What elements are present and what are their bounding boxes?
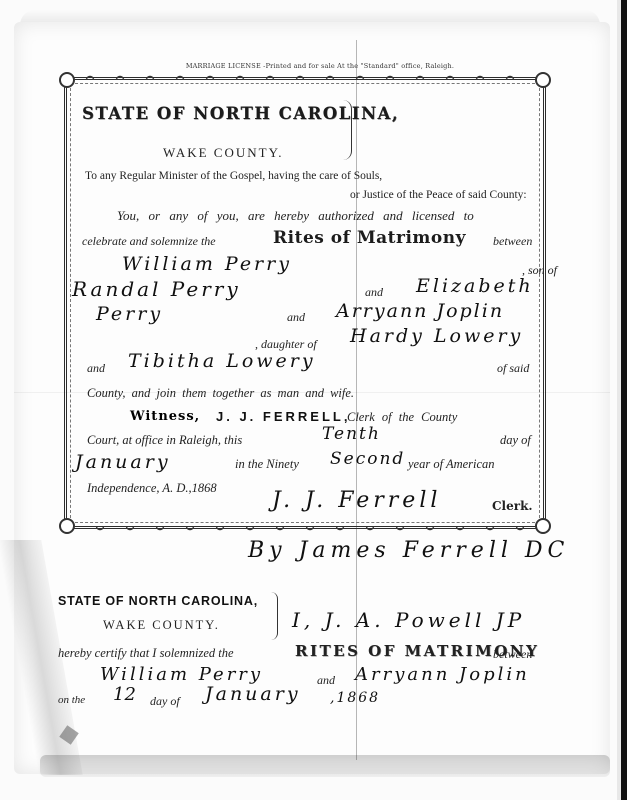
marriage-year-field: ,1868: [330, 690, 380, 706]
address-line-1: To any Regular Minister of the Gospel, h…: [85, 170, 382, 182]
independence-year-field: Second: [330, 449, 405, 469]
celebrate-prefix: celebrate and solemnize the: [82, 234, 216, 249]
and-label: and: [317, 673, 335, 688]
marriage-day-field: 12: [113, 684, 136, 705]
join-line: County, and join them together as man an…: [87, 386, 354, 401]
certificate-county: WAKE COUNTY.: [103, 618, 220, 633]
ninety-label: in the Ninety: [235, 457, 299, 472]
court-office-line: Court, at office in Raleigh, this: [87, 433, 242, 448]
day-of-label: day of: [150, 694, 180, 709]
groom-mother-last-field: Perry: [96, 303, 163, 325]
groom-name-field: William Perry: [122, 253, 292, 275]
clerk-signature: J. J. Ferrell: [272, 488, 441, 513]
paper-bottom-edge: [40, 755, 610, 777]
printer-imprint: MARRIAGE LICENSE -Printed and for sale A…: [120, 62, 520, 70]
of-said-label: of said: [497, 361, 529, 376]
independence-line: Independence, A. D.,1868: [87, 481, 217, 496]
groom-father-field: Randal Perry: [72, 277, 241, 301]
marriage-month-field: January: [205, 683, 301, 705]
deputy-clerk-signature: By James Ferrell DC: [248, 538, 569, 563]
day-of-label: day of: [500, 433, 531, 448]
brace: [343, 100, 352, 160]
clerk-name-printed: J. J. FERRELL,: [216, 409, 350, 424]
witness-label: Witness,: [130, 409, 200, 424]
clerk-label: Clerk.: [492, 499, 533, 513]
border-corner-ornament: [535, 518, 551, 534]
and-label: and: [287, 310, 305, 325]
certificate-state-title: STATE OF NORTH CAROLINA,: [58, 594, 258, 608]
border-corner-ornament: [59, 518, 75, 534]
border-corner-ornament: [59, 72, 75, 88]
certificate-bride-field: Arryann Joplin: [355, 664, 530, 685]
bride-father-field: Hardy Lowery: [350, 325, 523, 347]
issue-day-field: Tenth: [322, 424, 381, 444]
issue-month-field: January: [75, 451, 171, 473]
officiant-field: I, J. A. Powell JP: [292, 608, 525, 632]
scan-edge-dark: [621, 0, 627, 800]
and-label: and: [365, 285, 383, 300]
rites-of-matrimony-heading: Rites of Matrimony: [273, 228, 466, 248]
border-scallop-top: [75, 74, 535, 80]
bride-name-field: Arryann Joplin: [336, 300, 504, 322]
and-label: and: [87, 361, 105, 376]
certificate-groom-field: William Perry: [100, 664, 263, 685]
authorization-line: You, or any of you, are hereby authorize…: [117, 208, 474, 224]
year-of-american-label: year of American: [408, 457, 495, 472]
border-corner-ornament: [535, 72, 551, 88]
border-scallop-bottom: [75, 526, 535, 532]
license-county: WAKE COUNTY.: [163, 145, 284, 161]
between-label: between: [493, 234, 532, 249]
between-label: between: [493, 647, 532, 662]
document-page: MARRIAGE LICENSE -Printed and for sale A…: [0, 0, 627, 800]
address-line-2: or Justice of the Peace of said County:: [350, 189, 527, 201]
clerk-of-label: Clerk of the County: [347, 410, 457, 425]
bride-mother-field: Tibitha Lowery: [128, 350, 316, 372]
on-the-label: on the: [58, 694, 85, 706]
groom-mother-first-field: Elizabeth: [416, 275, 534, 297]
certify-prefix: hereby certify that I solemnized the: [58, 646, 234, 661]
brace: [271, 592, 278, 640]
